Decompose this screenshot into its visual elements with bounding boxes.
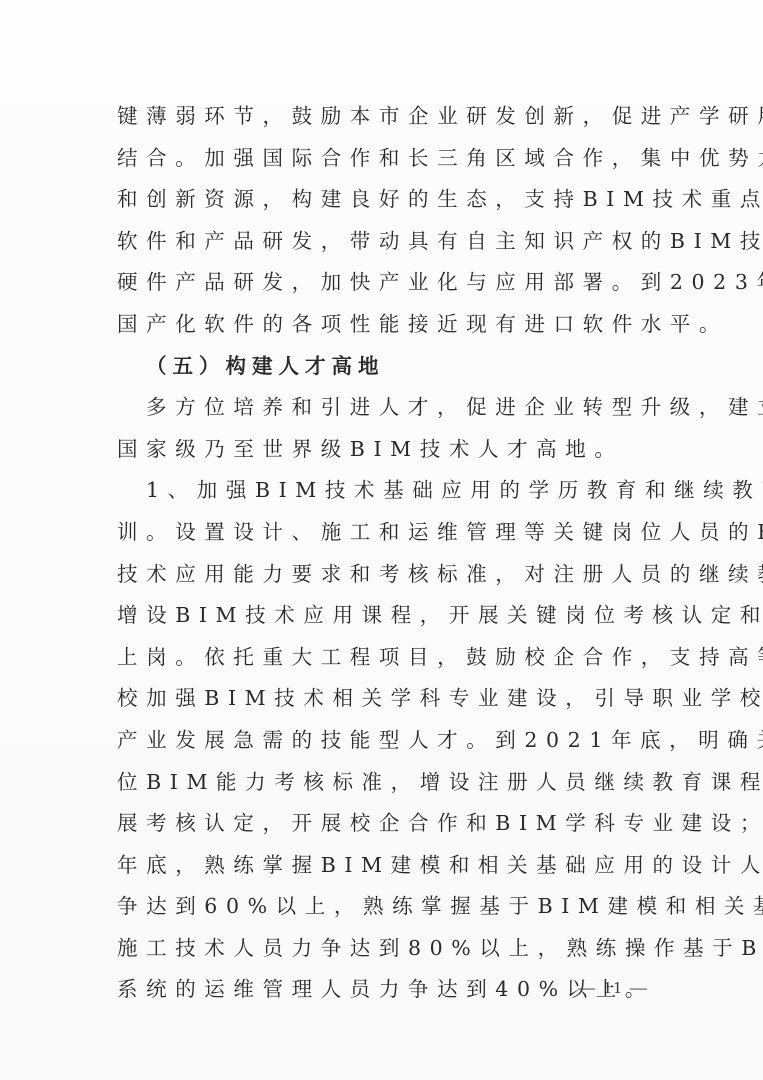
list-item-start: 1、加强BIM技术基础应用的学历教育和继续教育培 xyxy=(117,470,653,512)
text-line: 技术应用能力要求和考核标准，对注册人员的继续教育 xyxy=(117,554,653,596)
text-line: 位BIM能力考核标准，增设注册人员继续教育课程，开 xyxy=(117,762,653,804)
text-line: 硬件产品研发，加快产业化与应用部署。到2023年底， xyxy=(117,262,653,304)
page-number: — 11 — xyxy=(578,978,649,998)
text-line: 键薄弱环节，鼓励本市企业研发创新，促进产学研用相 xyxy=(117,96,653,138)
text-line: 上岗。依托重大工程项目，鼓励校企合作，支持高等学 xyxy=(117,637,653,679)
document-body: 键薄弱环节，鼓励本市企业研发创新，促进产学研用相 结合。加强国际合作和长三角区域… xyxy=(117,96,653,1011)
text-line: 产业发展急需的技能型人才。到2021年底，明确关键岗 xyxy=(117,720,653,762)
text-line: 展考核认定，开展校企合作和BIM学科专业建设；到2023 xyxy=(117,803,653,845)
text-line: 国家级乃至世界级BIM技术人才高地。 xyxy=(117,429,653,471)
text-line: 和创新资源，构建良好的生态，支持BIM技术重点领域 xyxy=(117,179,653,221)
text-line: 国产化软件的各项性能接近现有进口软件水平。 xyxy=(117,304,653,346)
text-line: 年底，熟练掌握BIM建模和相关基础应用的设计人员力 xyxy=(117,845,653,887)
text-line: 训。设置设计、施工和运维管理等关键岗位人员的BIM xyxy=(117,512,653,554)
text-line: 校加强BIM技术相关学科专业建设，引导职业学校培养 xyxy=(117,678,653,720)
text-line: 系统的运维管理人员力争达到40%以上。 xyxy=(117,969,653,1011)
text-line: 结合。加强国际合作和长三角区域合作，集中优势力量 xyxy=(117,138,653,180)
paragraph-start: 多方位培养和引进人才，促进企业转型升级，建立 xyxy=(117,387,653,429)
text-line: 施工技术人员力争达到80%以上，熟练操作基于BIM运维 xyxy=(117,928,653,970)
text-line: 增设BIM技术应用课程，开展关键岗位考核认定和持证 xyxy=(117,595,653,637)
text-line: 软件和产品研发，带动具有自主知识产权的BIM技术软、 xyxy=(117,221,653,263)
section-heading: （五）构建人才高地 xyxy=(117,346,653,388)
document-page: 键薄弱环节，鼓励本市企业研发创新，促进产学研用相 结合。加强国际合作和长三角区域… xyxy=(0,0,763,1080)
text-line: 争达到60%以上，熟练掌握基于BIM建模和相关基础应用 xyxy=(117,886,653,928)
